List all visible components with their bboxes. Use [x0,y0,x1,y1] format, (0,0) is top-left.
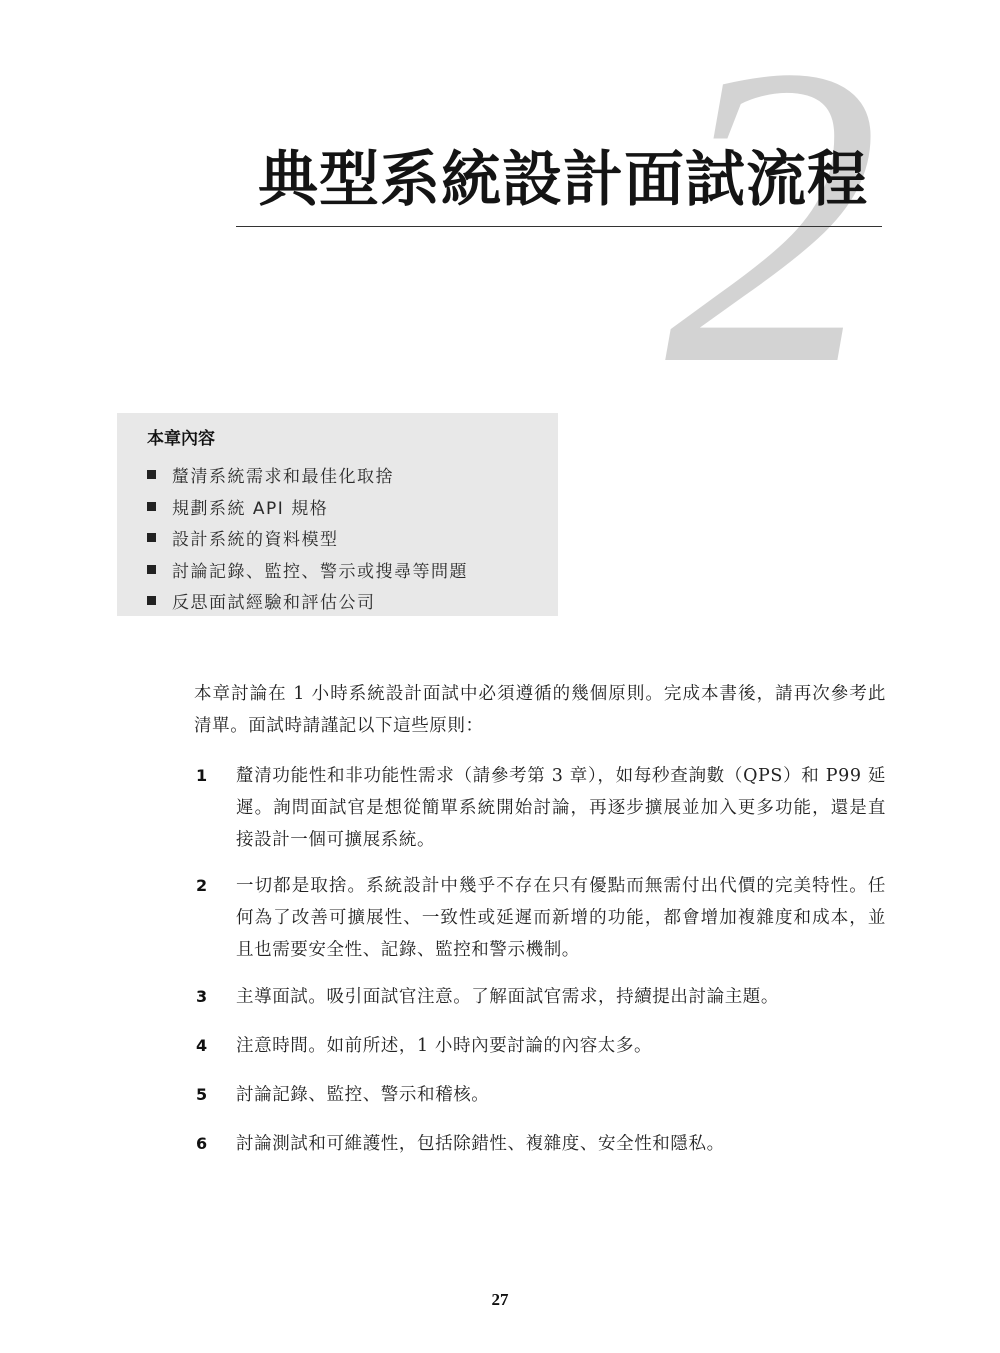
principle-item: 5 討論記錄、監控、警示和稽核。 [196,1079,886,1111]
chapter-title: 典型系統設計面試流程 [258,140,898,220]
principle-number: 3 [196,981,236,1013]
contents-heading: 本章內容 [147,427,558,451]
contents-item-text: 規劃系統 API 規格 [172,494,328,519]
square-bullet-icon [147,470,156,479]
contents-item-text: 討論記錄、監控、警示或搜尋等問題 [172,557,468,582]
principle-number: 6 [196,1128,236,1160]
principle-number: 5 [196,1079,236,1111]
square-bullet-icon [147,502,156,511]
chapter-contents-box: 本章內容 釐清系統需求和最佳化取捨 規劃系統 API 規格 設計系統的資料模型 … [117,413,558,616]
contents-item: 設計系統的資料模型 [147,522,558,554]
title-divider [236,226,882,227]
principle-number: 1 [196,760,236,856]
principle-text: 一切都是取捨。系統設計中幾乎不存在只有優點而無需付出代價的完美特性。任何為了改善… [236,870,886,966]
principle-item: 2 一切都是取捨。系統設計中幾乎不存在只有優點而無需付出代價的完美特性。任何為了… [196,870,886,966]
principle-number: 2 [196,870,236,966]
contents-item-text: 反思面試經驗和評估公司 [172,588,376,613]
principle-text: 討論記錄、監控、警示和稽核。 [236,1079,886,1111]
principle-item: 1 釐清功能性和非功能性需求（請參考第 3 章），如每秒查詢數（QPS）和 P9… [196,760,886,856]
principle-item: 4 注意時間。如前所述，1 小時內要討論的內容太多。 [196,1030,886,1062]
principle-text: 釐清功能性和非功能性需求（請參考第 3 章），如每秒查詢數（QPS）和 P99 … [236,760,886,856]
contents-item-text: 釐清系統需求和最佳化取捨 [172,462,394,487]
square-bullet-icon [147,596,156,605]
contents-item-text: 設計系統的資料模型 [172,525,339,550]
contents-list: 釐清系統需求和最佳化取捨 規劃系統 API 規格 設計系統的資料模型 討論記錄、… [147,459,558,617]
principle-item: 3 主導面試。吸引面試官注意。了解面試官需求，持續提出討論主題。 [196,981,886,1013]
contents-item: 釐清系統需求和最佳化取捨 [147,459,558,491]
contents-item: 反思面試經驗和評估公司 [147,585,558,617]
principle-number: 4 [196,1030,236,1062]
principle-text: 討論測試和可維護性，包括除錯性、複雜度、安全性和隱私。 [236,1128,886,1160]
intro-paragraph: 本章討論在 1 小時系統設計面試中必須遵循的幾個原則。完成本書後，請再次參考此清… [194,678,886,742]
contents-item: 討論記錄、監控、警示或搜尋等問題 [147,554,558,586]
contents-item: 規劃系統 API 規格 [147,491,558,523]
square-bullet-icon [147,565,156,574]
square-bullet-icon [147,533,156,542]
page-number: 27 [0,1290,1000,1310]
principle-text: 注意時間。如前所述，1 小時內要討論的內容太多。 [236,1030,886,1062]
principle-text: 主導面試。吸引面試官注意。了解面試官需求，持續提出討論主題。 [236,981,886,1013]
principle-item: 6 討論測試和可維護性，包括除錯性、複雜度、安全性和隱私。 [196,1128,886,1160]
